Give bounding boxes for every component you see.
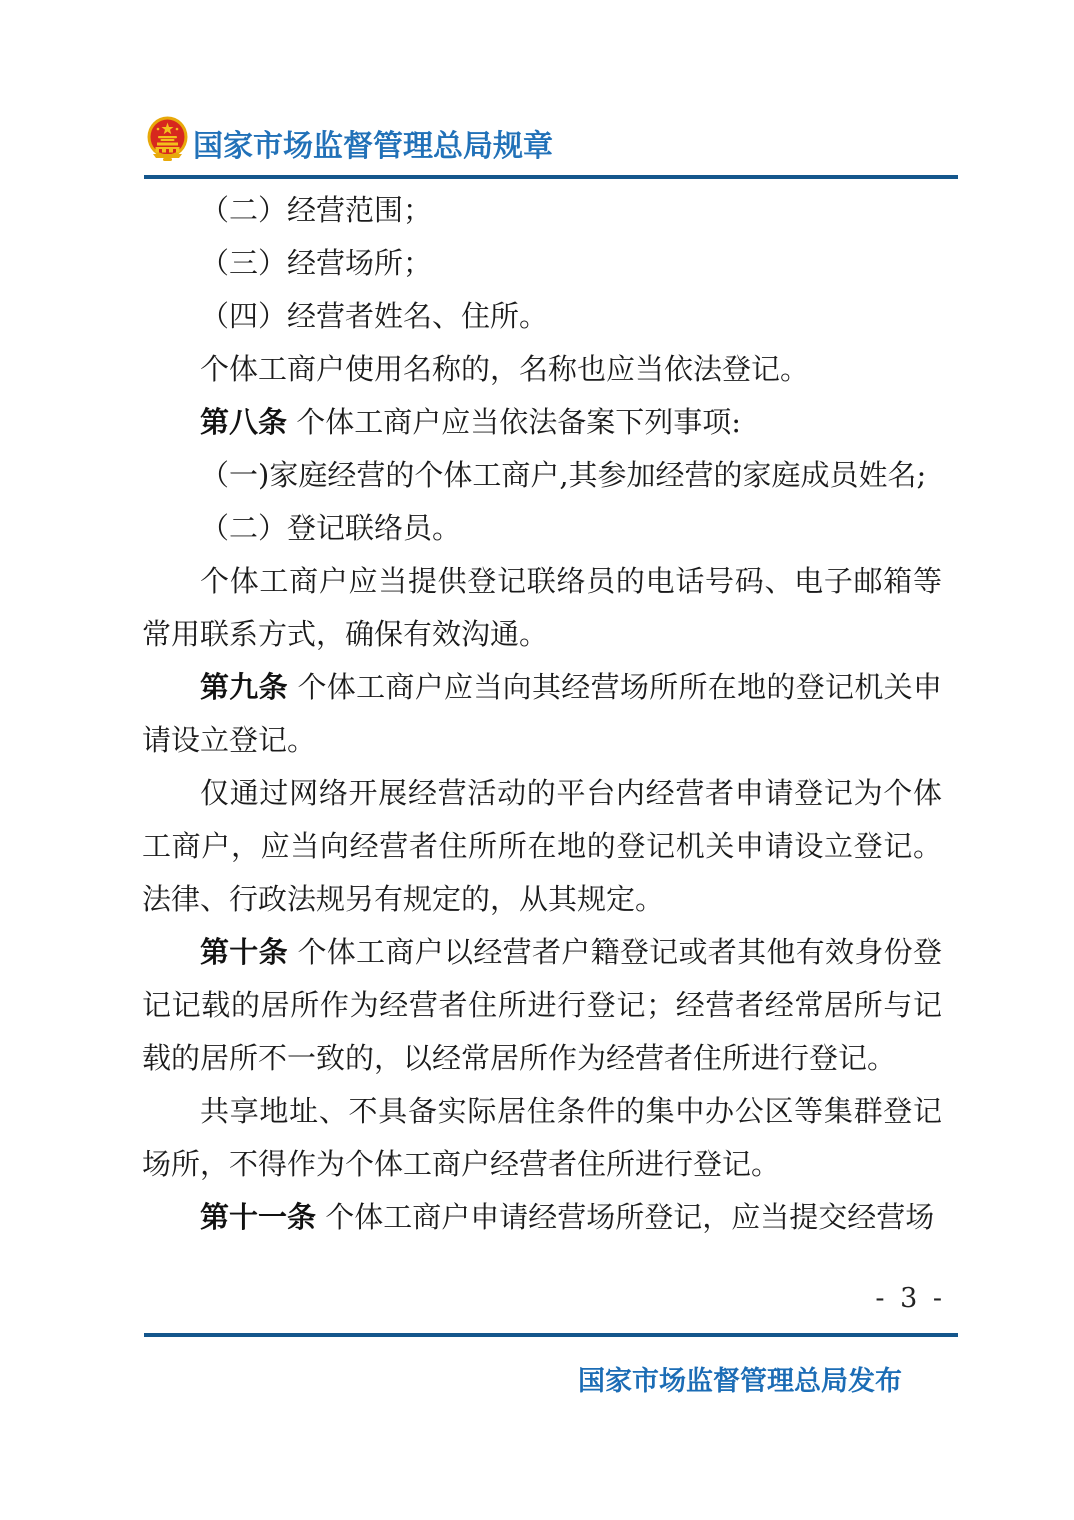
document-body: （二）经营范围；（三）经营场所；（四）经营者姓名、住所。个体工商户使用名称的，名… [142, 184, 942, 1244]
paragraph: （二）经营范围； [142, 184, 942, 237]
footer-publisher: 国家市场监督管理总局发布 [142, 1359, 902, 1398]
paragraph: 第十一条 个体工商户申请经营场所登记，应当提交经营场 [142, 1191, 942, 1244]
paragraph: （四）经营者姓名、住所。 [142, 290, 942, 343]
header-title: 国家市场监督管理总局规章 [193, 121, 553, 165]
paragraph: （一)家庭经营的个体工商户,其参加经营的家庭成员姓名; [142, 449, 942, 502]
paragraph: （三）经营场所； [142, 237, 942, 290]
article-number: 第九条 [200, 670, 288, 704]
paragraph: 第十条 个体工商户以经营者户籍登记或者其他有效身份登记记载的居所作为经营者住所进… [142, 926, 942, 1085]
article-number: 第十一条 [200, 1200, 316, 1234]
paragraph: 个体工商户应当提供登记联络员的电话号码、电子邮箱等常用联系方式，确保有效沟通。 [142, 555, 942, 661]
china-national-emblem-icon [147, 116, 188, 162]
paragraph: （二）登记联络员。 [142, 502, 942, 555]
header-rule [144, 175, 958, 179]
footer-rule [144, 1333, 958, 1337]
paragraph: 第八条 个体工商户应当依法备案下列事项: [142, 396, 942, 449]
paragraph: 个体工商户使用名称的，名称也应当依法登记。 [142, 343, 942, 396]
document-page: 国家市场监督管理总局规章 （二）经营范围；（三）经营场所；（四）经营者姓名、住所… [0, 0, 1074, 1520]
article-number: 第八条 [200, 405, 287, 439]
paragraph: 第九条 个体工商户应当向其经营场所所在地的登记机关申请设立登记。 [142, 661, 942, 767]
article-number: 第十条 [200, 935, 288, 969]
page-number: - 3 - [142, 1283, 942, 1314]
paragraph: 共享地址、不具备实际居住条件的集中办公区等集群登记场所，不得作为个体工商户经营者… [142, 1085, 942, 1191]
paragraph: 仅通过网络开展经营活动的平台内经营者申请登记为个体工商户，应当向经营者住所所在地… [142, 767, 942, 926]
